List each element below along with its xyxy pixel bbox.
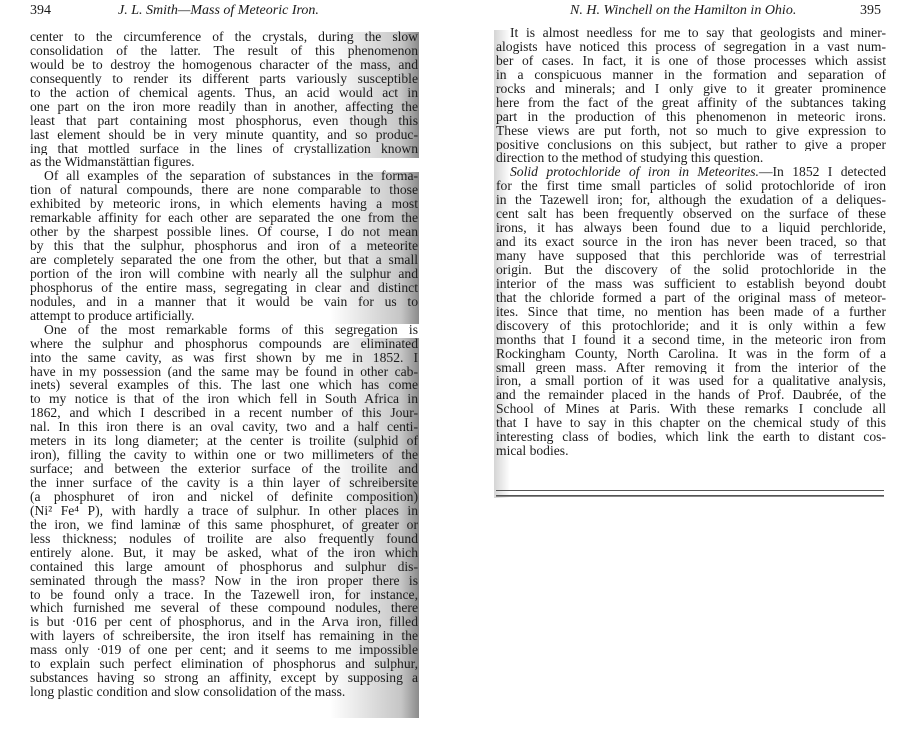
section-heading: Solid protochloride of iron in Meteorite… <box>510 165 759 179</box>
text-line: iron), filling the cavity to within one … <box>30 448 418 462</box>
text-line: center to the circumference of the cryst… <box>30 30 418 44</box>
text-line: have in my possession (and the same may … <box>30 365 418 379</box>
text-line: cent salt has been frequently observed o… <box>496 207 886 221</box>
text-line: the iron, we find laminæ of this same ph… <box>30 518 418 532</box>
text-line: remarkable affinity for each other are s… <box>30 211 418 225</box>
text-line: discovery of this protochloride; and it … <box>496 319 886 333</box>
text-line: seminated through the mass? Now in the i… <box>30 574 418 588</box>
text-line: which furnished me several of these comp… <box>30 601 418 615</box>
text-line: least that part containing most phosphor… <box>30 114 418 128</box>
text-line: months that I found it a second time, in… <box>496 333 886 347</box>
text-line: Rockingham County, North Carolina. It wa… <box>496 347 886 361</box>
text-line: that the chloride formed a part of the o… <box>496 291 886 305</box>
text-line: origin. But the discovery of the solid p… <box>496 263 886 277</box>
text-line: attempt to produce artificially. <box>30 309 418 323</box>
body-text-column: center to the circumference of the cryst… <box>30 30 418 699</box>
page-number: 394 <box>30 2 51 20</box>
text-line: one part on the iron more readily than i… <box>30 100 418 114</box>
text-line: consolidation of the latter. The result … <box>30 44 418 58</box>
text-line: are completely separated the one from th… <box>30 253 418 267</box>
text-line: for the first time small particles of so… <box>496 179 886 193</box>
text-line: 1862, and which I described in a recent … <box>30 406 418 420</box>
text-line: meters in its long diameter; at the cent… <box>30 434 418 448</box>
text-line: contained this large amount of phosphoru… <box>30 560 418 574</box>
text-line: to my notice is that of the iron which f… <box>30 392 418 406</box>
text-line: alogists have noticed this process of se… <box>496 40 886 54</box>
paragraph-start: One of the most remarkable forms of this… <box>30 323 418 337</box>
text-line: to be found only a trace. In the Tazewel… <box>30 588 418 602</box>
paragraph-start: Solid protochloride of iron in Meteorite… <box>496 165 886 179</box>
right-page: N. H. Winchell on the Hamilton in Ohio. … <box>450 0 900 750</box>
text-line: exhibited by meteoric irons, in which el… <box>30 197 418 211</box>
text-line: small green mass. After removing it from… <box>496 361 886 375</box>
text-line: interior of the mass was sufficient to e… <box>496 277 886 291</box>
text-line: surface; and between the exterior surfac… <box>30 462 418 476</box>
text-line: iron, a small portion of it was used for… <box>496 374 886 388</box>
text-line: nodules, and in a manner that it would b… <box>30 295 418 309</box>
left-page: 394 J. L. Smith—Mass of Meteoric Iron. c… <box>0 0 450 750</box>
text-line: would be to destroy the homogenous chara… <box>30 58 418 72</box>
page-number: 395 <box>860 2 881 20</box>
text-line: (Ni² Fe⁴ P), with hardly a trace of sulp… <box>30 504 418 518</box>
text-line: interesting class of bodies, which link … <box>496 430 886 444</box>
text-line: and its exact source in the iron has nev… <box>496 235 886 249</box>
text-line: in a conspicuous manner in the formation… <box>496 68 886 82</box>
text-line: ites. Since that time, no mention has be… <box>496 305 886 319</box>
text-line: in the Tazewell iron; for, although the … <box>496 193 886 207</box>
text-line: by this that the sulphur, phosphorus and… <box>30 239 418 253</box>
text-line: other by the sharpest possible lines. Of… <box>30 225 418 239</box>
text-line: and the remainder placed in the hands of… <box>496 388 886 402</box>
text-line: inets) several examples of this. The las… <box>30 378 418 392</box>
paragraph-start: It is almost needless for me to say that… <box>496 26 886 40</box>
text-line: as the Widmanstättian figures. <box>30 155 418 169</box>
text-line: long plastic condition and slow consolid… <box>30 685 418 699</box>
text-line: positive conclusions on this subject, bu… <box>496 138 886 152</box>
text-line: to explain such perfect elimination of p… <box>30 657 418 671</box>
text-line: into the same cavity, as was first shown… <box>30 351 418 365</box>
text-line: direction to the method of studying this… <box>496 151 886 165</box>
end-rule <box>496 496 884 497</box>
paragraph-start: Of all examples of the separation of sub… <box>30 169 418 183</box>
text-line: the inner surface of the cavity is a thi… <box>30 476 418 490</box>
text-line: (a phosphuret of iron and nickel of defi… <box>30 490 418 504</box>
text-line: These views are put forth, not so much t… <box>496 124 886 138</box>
text-line: tion of natural compounds, there are non… <box>30 183 418 197</box>
running-head: N. H. Winchell on the Hamilton in Ohio. <box>570 2 796 20</box>
text-line: mass only ·019 of one per cent; and it s… <box>30 643 418 657</box>
running-head: J. L. Smith—Mass of Meteoric Iron. <box>118 2 319 20</box>
text-line: less thickness; nodules of troilite are … <box>30 532 418 546</box>
text-line: to the action of chemical agents. Thus, … <box>30 86 418 100</box>
text-line: where the sulphur and phosphorus compoun… <box>30 337 418 351</box>
text-line: many have supposed that this perchloride… <box>496 249 886 263</box>
text-line: consequently to render its different par… <box>30 72 418 86</box>
text-line: last element should be in very minute qu… <box>30 128 418 142</box>
text-line: irons, it has always been found due to a… <box>496 221 886 235</box>
text-line: rocks and minerals; and I only give to i… <box>496 82 886 96</box>
text-run: —In 1852 I detected <box>759 165 886 179</box>
text-line: is but ·016 per cent of phosphorus, and … <box>30 615 418 629</box>
text-line: part in the production of this phenomeno… <box>496 110 886 124</box>
text-line: with layers of schreibersite, the iron i… <box>30 629 418 643</box>
text-line: School of Mines at Paris. With these rem… <box>496 402 886 416</box>
text-line: phosphorus of the entire mass, segregati… <box>30 281 418 295</box>
text-line: here from the fact of the great affinity… <box>496 96 886 110</box>
text-line: entirely alone. But, it may be asked, wh… <box>30 546 418 560</box>
text-line: that I have to say in this chapter on th… <box>496 416 886 430</box>
text-line: ing that mottled surface in the lines of… <box>30 142 418 156</box>
text-line: portion of the iron will combine with ne… <box>30 267 418 281</box>
text-line: mical bodies. <box>496 444 886 458</box>
text-line: substances having so strong an affinity,… <box>30 671 418 685</box>
text-line: ber of cases. In fact, it is one of thos… <box>496 54 886 68</box>
body-text-column: It is almost needless for me to say that… <box>496 26 886 458</box>
text-line: nal. In this iron there is an oval cavit… <box>30 420 418 434</box>
